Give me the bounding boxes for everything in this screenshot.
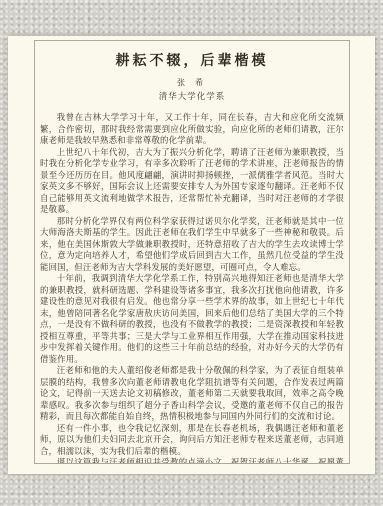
paragraph: 我曾在吉林大学学习十年，又工作十年，同在长春，吉大和应化所交流频繁，合作密切，那…: [40, 112, 344, 147]
paragraph: 汪老师和他的夫人董绍俊老师都是我十分敬佩的科学家，为了表征自组装单层膜的结构，我…: [40, 365, 344, 423]
page-border-frame: 耕耘不辍，后辈楷模 张 希 清华大学化学系 我曾在吉林大学学习十年，又工作十年，…: [34, 40, 350, 464]
paragraph: 上世纪八十年代初，吉大为了振兴分析化学，聘请了汪老师为兼职教授，当时我在分析化学…: [40, 147, 344, 216]
paragraph: 还有一件小事，也令我记忆深刻，那是在长春老机场，我偶遇汪老师和董老师，原以为他们…: [40, 423, 344, 458]
author-affiliation: 清华大学化学系: [40, 90, 344, 102]
paragraph: 十年前，我调到清华大学化学系工作，特别高兴地得知汪老师也是清华大学的兼职教授，就…: [40, 273, 344, 365]
article-title: 耕耘不辍，后辈楷模: [40, 50, 344, 70]
paragraph: 谨以这篇我与汪老师相识并受教的点滴小文，祝贺汪老师八十华诞，祝愿董老师和汪老师安…: [40, 457, 344, 464]
document-page: 耕耘不辍，后辈楷模 张 希 清华大学化学系 我曾在吉林大学学习十年，又工作十年，…: [8, 36, 375, 474]
paragraph: 那时分析化学界仅有两位科学家获得过诺贝尔化学奖，汪老师就是其中一位大师海洛夫斯基…: [40, 216, 344, 274]
author-name: 张 希: [40, 77, 344, 88]
article-body: 我曾在吉林大学学习十年，又工作十年，同在长春，吉大和应化所交流频繁，合作密切，那…: [40, 112, 344, 464]
document-background: 耕耘不辍，后辈楷模 张 希 清华大学化学系 我曾在吉林大学学习十年，又工作十年，…: [0, 0, 383, 506]
